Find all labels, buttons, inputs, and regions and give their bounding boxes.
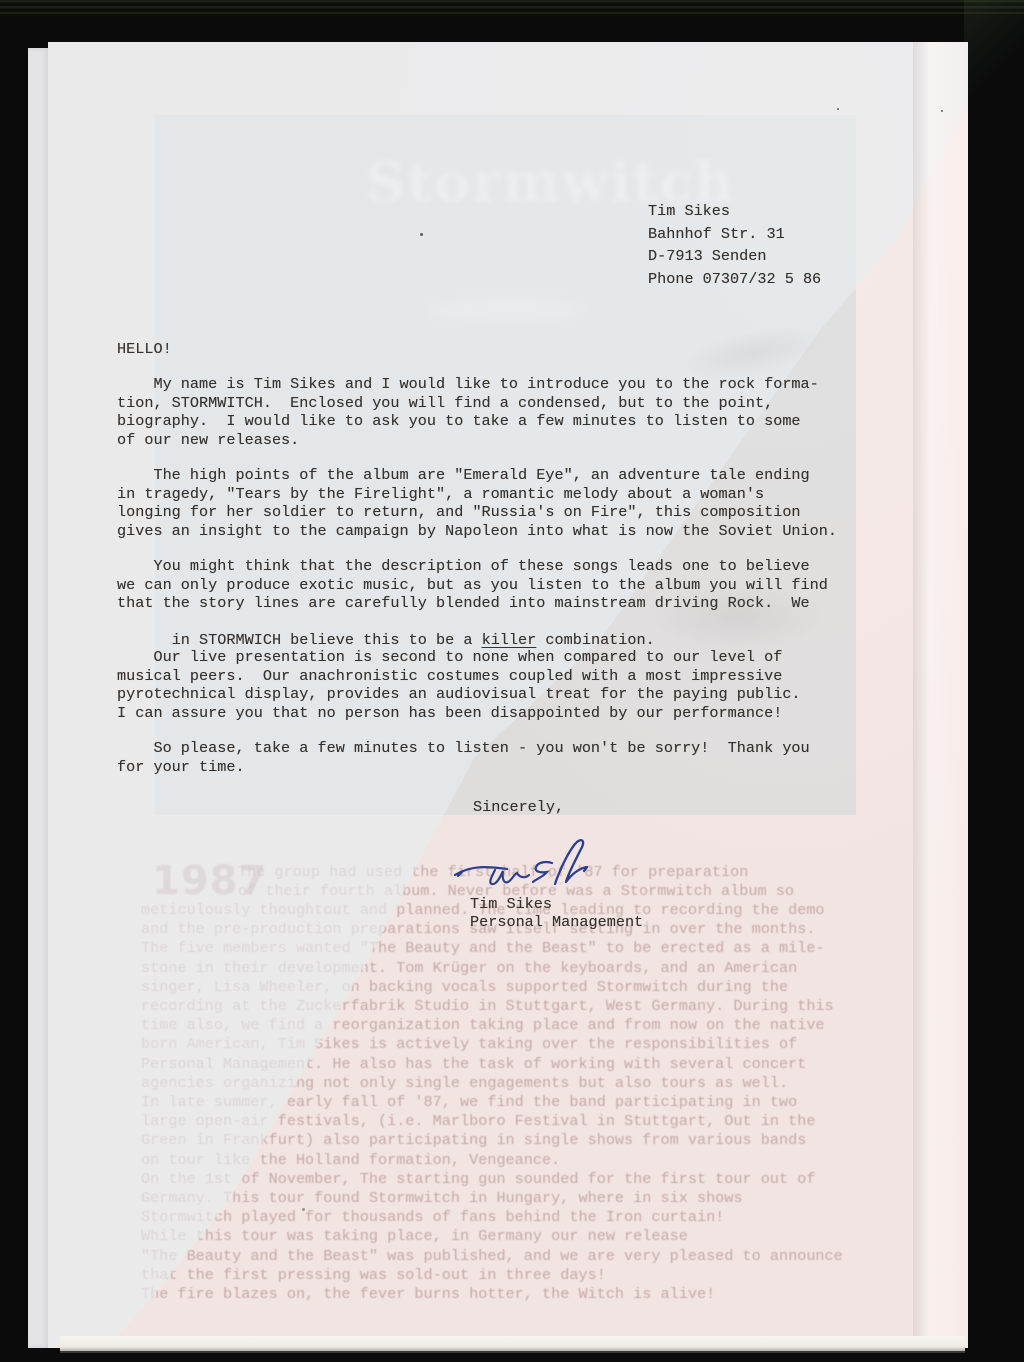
text-line: On the 1st of November, The starting gun… [141,1170,843,1189]
text-line: The fire blazes on, the fever burns hott… [141,1285,843,1304]
letter-paragraph-2: The high points of the album are "Emeral… [117,466,877,540]
text-line: The high points of the album are "Emeral… [117,466,877,485]
text-line: My name is Tim Sikes and I would like to… [117,375,877,394]
scanner-noise-band [0,0,1024,14]
text-line: musical peers. Our anachronistic costume… [117,667,877,686]
text-line: "The Beauty and the Beast" was published… [141,1247,843,1266]
letter-greeting: HELLO! [117,340,172,359]
text-line: So please, take a few minutes to listen … [117,739,877,758]
text-line: pyrotechnical display, provides an audio… [117,685,877,704]
text-line: While this tour was taking place, in Ger… [141,1227,843,1246]
scanner-noise-corner [964,0,1024,120]
pencil-smudge [648,582,828,652]
dust-speck [941,110,943,112]
dust-speck [420,233,423,236]
text-line: of our new releases. [117,431,877,450]
text-line: You might think that the description of … [117,557,877,576]
text-line: I can assure you that no person has been… [117,704,877,723]
text-line: tion, STORMWITCH. Enclosed you will find… [117,394,877,413]
text-line: for your time. [117,758,877,777]
letter-paragraph-4: Our live presentation is second to none … [117,648,877,722]
text-line: Bahnhof Str. 31 [648,223,821,246]
text-line: D-7913 Senden [648,245,821,268]
underlined-word: killer [482,631,537,649]
text-line: gives an insight to the campaign by Napo… [117,522,877,541]
text-line: biography. I would like to ask you to ta… [117,412,877,431]
sender-address-block: Tim SikesBahnhof Str. 31D-7913 SendenPho… [648,200,821,291]
text-line: Tim Sikes [648,200,821,223]
letter-paragraph-1: My name is Tim Sikes and I would like to… [117,375,877,449]
letter-closing: Sincerely, [473,798,564,817]
dust-speck [837,108,839,110]
paragraph-text: in STORMWICH believe this to be a [172,631,482,649]
binder-background: Stormwitch 1987 The group had used the f… [0,0,1024,1362]
text-line: Stormwitch played for thousands of fans … [141,1208,843,1227]
text-line: in tragedy, "Tears by the Firelight", a … [117,485,877,504]
dust-speck [302,1208,305,1211]
signature-title: Personal Management [470,913,643,932]
text-line: that the first pressing was sold-out in … [141,1266,843,1285]
paragraph-text: combination. [536,631,654,649]
text-line: longing for her soldier to return, and "… [117,503,877,522]
signature-name: Tim Sikes [470,895,552,914]
sheet-edge-bottom [60,1336,965,1353]
scanned-letter-page: Stormwitch 1987 The group had used the f… [48,42,968,1348]
text-line: Germany. This tour found Stormwitch in H… [141,1189,843,1208]
text-line: Phone 07307/32 5 86 [648,268,821,291]
letter-paragraph-5: So please, take a few minutes to listen … [117,739,877,776]
signature-ink [451,834,601,894]
sleeve-edge-right [913,42,968,1348]
